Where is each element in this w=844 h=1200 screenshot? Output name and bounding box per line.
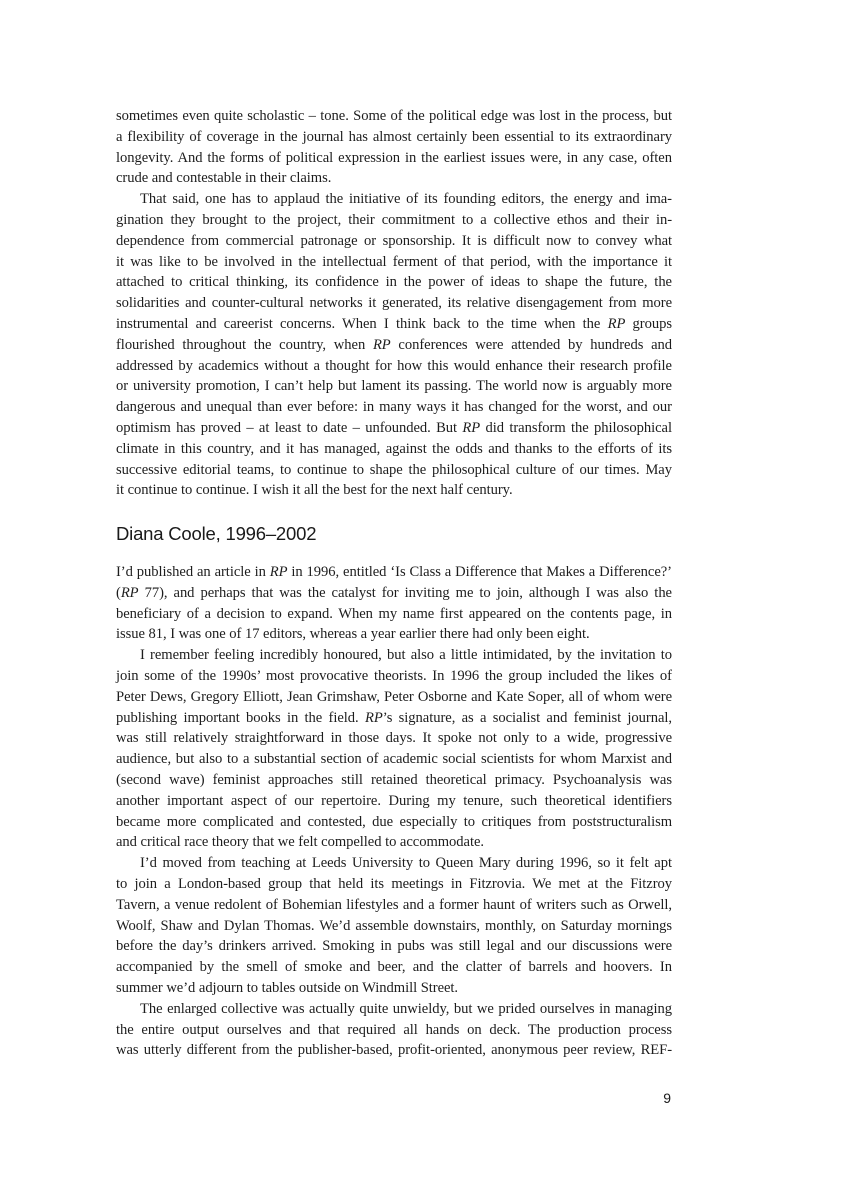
text-line: before the day’s drinkers arrived. Smoki… — [116, 936, 672, 957]
text-line: Tavern, a venue redolent of Bohemian lif… — [116, 895, 672, 916]
text-line: audience, but also to a substantial sect… — [116, 749, 672, 770]
text-line: optimism has proved – at least to date –… — [116, 418, 672, 439]
journal-abbreviation: RP — [270, 564, 288, 580]
text-line: or university promotion, I can’t help bu… — [116, 376, 672, 397]
text-line: I remember feeling incredibly honoured, … — [116, 645, 672, 666]
text-line: issue 81, I was one of 17 editors, where… — [116, 624, 672, 645]
text-line: became more complicated and contested, d… — [116, 812, 672, 833]
journal-abbreviation: RP — [121, 585, 139, 601]
text-line: successive editorial teams, to continue … — [116, 460, 672, 481]
text-line: it was like to be involved in the intell… — [116, 252, 672, 273]
text-line: longevity. And the forms of political ex… — [116, 148, 672, 169]
text-line: was still relatively straightforward in … — [116, 728, 672, 749]
text-line: a flexibility of coverage in the journal… — [116, 127, 672, 148]
journal-abbreviation: RP — [462, 420, 480, 436]
text-line: climate in this country, and it has mana… — [116, 439, 672, 460]
document-page: sometimes even quite scholastic – tone. … — [0, 0, 844, 1200]
text-line: I’d moved from teaching at Leeds Univers… — [116, 853, 672, 874]
text-line: was utterly different from the publisher… — [116, 1040, 672, 1061]
text-line: dangerous and unequal than ever before: … — [116, 397, 672, 418]
text-line: another important aspect of our repertoi… — [116, 791, 672, 812]
text-line: dependence from commercial patronage or … — [116, 231, 672, 252]
journal-abbreviation: RP — [365, 710, 383, 726]
text-line: publishing important books in the field.… — [116, 708, 672, 729]
text-line: instrumental and careerist concerns. Whe… — [116, 314, 672, 335]
text-line: crude and contestable in their claims. — [116, 168, 672, 189]
text-line: That said, one has to applaud the initia… — [116, 189, 672, 210]
body-text-block: sometimes even quite scholastic – tone. … — [116, 106, 672, 501]
text-line: the entire output ourselves and that req… — [116, 1020, 672, 1041]
text-line: (RP 77), and perhaps that was the cataly… — [116, 583, 672, 604]
text-line: join some of the 1990s’ most provocative… — [116, 666, 672, 687]
text-line: sometimes even quite scholastic – tone. … — [116, 106, 672, 127]
text-line: The enlarged collective was actually qui… — [116, 999, 672, 1020]
journal-abbreviation: RP — [373, 337, 391, 353]
text-line: solidarities and counter-cultural networ… — [116, 293, 672, 314]
text-line: addressed by academics without a thought… — [116, 356, 672, 377]
text-line: gination they brought to the project, th… — [116, 210, 672, 231]
text-line: summer we’d adjourn to tables outside on… — [116, 978, 672, 999]
body-text-block: I’d published an article in RP in 1996, … — [116, 562, 672, 1061]
text-line: (second wave) feminist approaches still … — [116, 770, 672, 791]
page-number: 9 — [655, 1090, 671, 1106]
section-heading: Diana Coole, 1996–2002 — [116, 523, 316, 545]
journal-abbreviation: RP — [608, 316, 626, 332]
text-line: to join a London-based group that held i… — [116, 874, 672, 895]
text-line: Woolf, Shaw and Dylan Thomas. We’d assem… — [116, 916, 672, 937]
text-line: it continue to continue. I wish it all t… — [116, 480, 672, 501]
text-line: beneficiary of a decision to expand. Whe… — [116, 604, 672, 625]
text-line: I’d published an article in RP in 1996, … — [116, 562, 672, 583]
text-line: Peter Dews, Gregory Elliott, Jean Grimsh… — [116, 687, 672, 708]
text-line: and critical race theory that we felt co… — [116, 832, 672, 853]
text-line: flourished throughout the country, when … — [116, 335, 672, 356]
text-line: attached to critical thinking, its confi… — [116, 272, 672, 293]
text-line: accompanied by the smell of smoke and be… — [116, 957, 672, 978]
